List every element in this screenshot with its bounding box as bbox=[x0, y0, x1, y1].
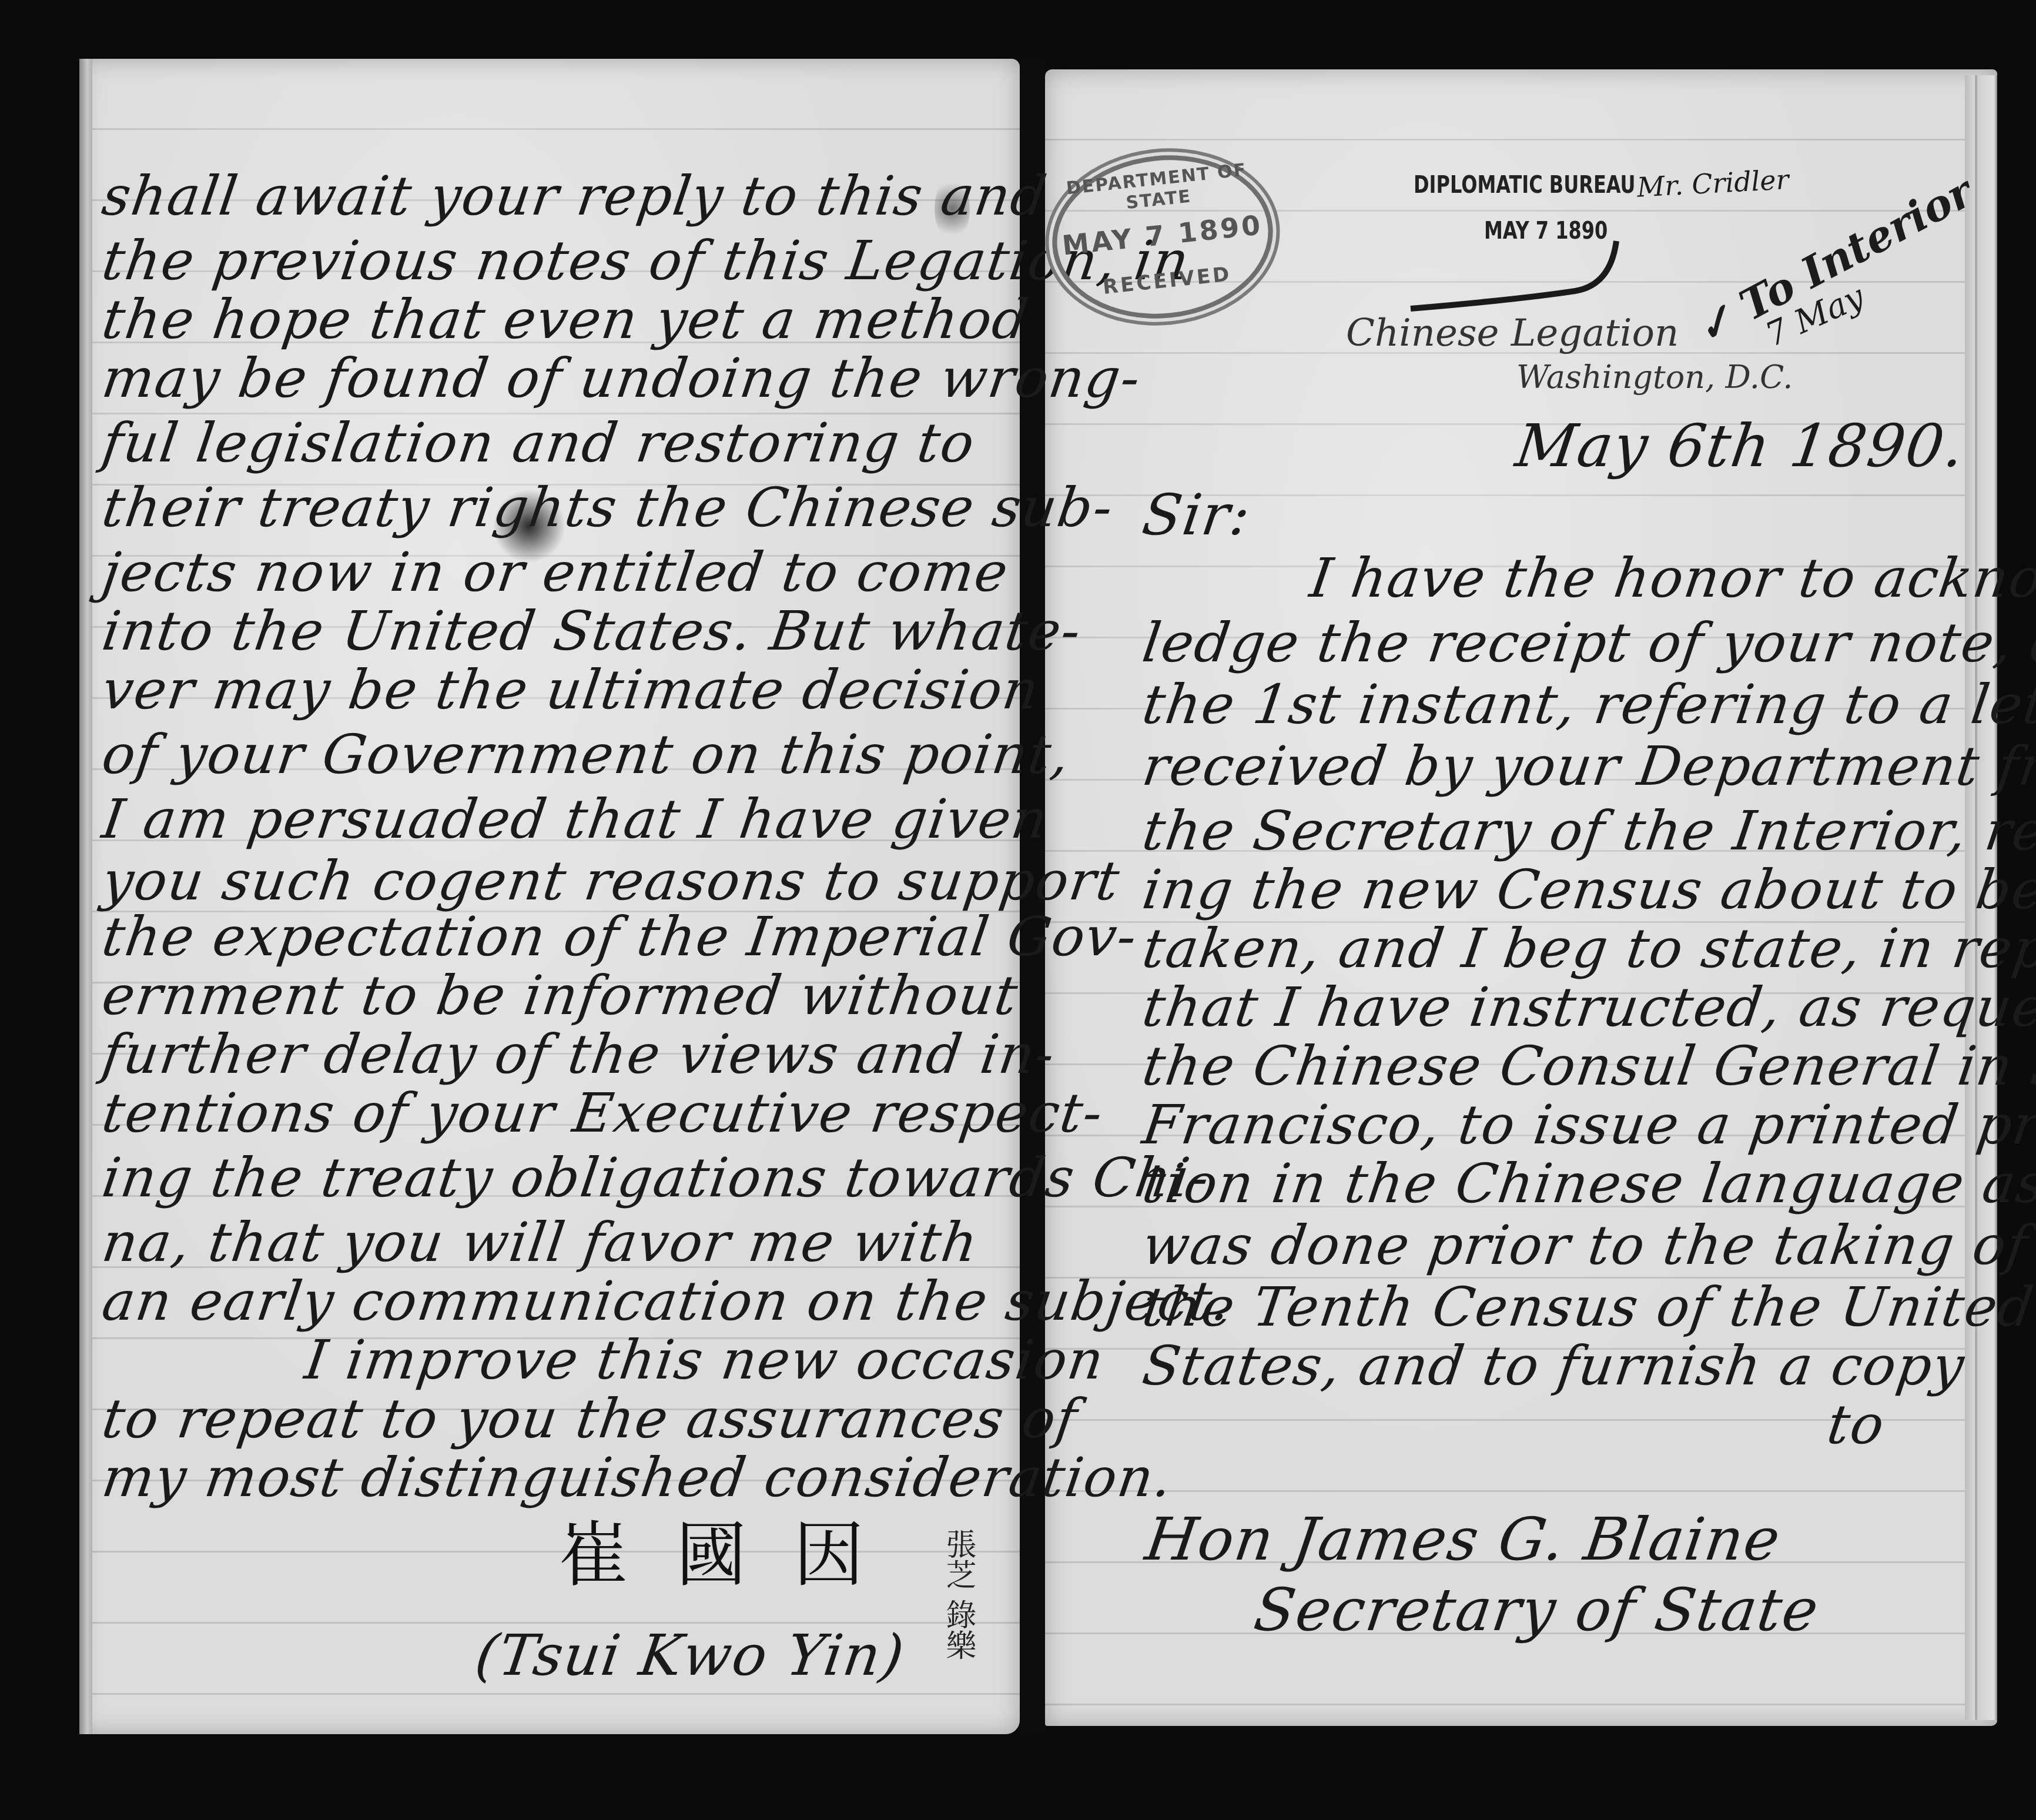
text-line: jects now in or entitled to come bbox=[98, 541, 1012, 604]
text-line: the previous notes of this Legation, in bbox=[98, 229, 1194, 292]
text-line: I am persuaded that I have given bbox=[98, 788, 1052, 851]
letterhead-place: Washington, D.C. bbox=[1516, 359, 1793, 396]
salutation: Sir: bbox=[1138, 482, 1255, 548]
addressee-name: Hon James G. Blaine bbox=[1141, 1505, 1785, 1574]
text-line: to repeat to you the assurances of bbox=[98, 1387, 1081, 1450]
text-line: ver may be the ultimate decision bbox=[98, 658, 1043, 721]
text-line: ing the treaty obligations towards Chi- bbox=[98, 1146, 1214, 1209]
text-line: that I have instructed, as requested, bbox=[1138, 976, 2036, 1039]
addressee-title: Secretary of State bbox=[1250, 1575, 1824, 1644]
text-line: taken, and I beg to state, in reply, bbox=[1138, 917, 2036, 980]
text-line: the Tenth Census of the United bbox=[1138, 1276, 2036, 1339]
text-line: may be found of undoing the wrong- bbox=[98, 347, 1145, 410]
text-line: ing the new Census about to be bbox=[1138, 858, 2036, 921]
text-line: an early communication on the subject. bbox=[98, 1270, 1235, 1333]
text-line: States, and to furnish a copy bbox=[1138, 1334, 1968, 1397]
text-line: I improve this new occasion bbox=[301, 1329, 1109, 1391]
catchword: to bbox=[1823, 1393, 1888, 1456]
text-line: of your Government on this point, bbox=[98, 723, 1074, 786]
stamp-bracket-mark bbox=[1399, 235, 1634, 317]
text-line: the Chinese Consul General in San bbox=[1138, 1035, 2036, 1098]
text-line: was done prior to the taking of bbox=[1138, 1214, 2032, 1277]
chinese-signature: 崔國因 bbox=[558, 1499, 911, 1600]
text-line: you such cogent reasons to support bbox=[98, 849, 1124, 912]
text-line: further delay of the views and in- bbox=[98, 1023, 1059, 1086]
text-line: I have the honor to acknow- bbox=[1306, 547, 2036, 610]
text-line: ledge the receipt of your note, dated bbox=[1138, 611, 2036, 674]
seal-stamp: 張芝 錄樂 bbox=[929, 1528, 976, 1661]
text-line: ernment to be informed without bbox=[98, 964, 1022, 1027]
text-line: the hope that even yet a method bbox=[98, 288, 1033, 351]
romanized-signature: (Tsui Kwo Yin) bbox=[471, 1622, 909, 1688]
text-line: Francisco, to issue a printed proclama- bbox=[1138, 1093, 2036, 1156]
text-line: ful legislation and restoring to bbox=[98, 411, 979, 474]
letterhead-organization: Chinese Legation bbox=[1346, 312, 1679, 355]
text-line: the 1st instant, refering to a letter bbox=[1138, 673, 2036, 736]
text-line: na, that you will favor me with bbox=[98, 1211, 982, 1274]
text-line: received by your Department from bbox=[1138, 735, 2036, 798]
text-line: tentions of your Executive respect- bbox=[98, 1082, 1107, 1145]
text-line: the expectation of the Imperial Gov- bbox=[98, 905, 1141, 968]
text-line: shall await your reply to this and bbox=[98, 165, 1051, 227]
text-line: the Secretary of the Interior, respect- bbox=[1138, 799, 2036, 862]
text-line: their treaty rights the Chinese sub- bbox=[98, 476, 1117, 539]
text-line: into the United States. But whate- bbox=[98, 600, 1085, 663]
diplomatic-bureau-stamp: DIPLOMATIC BUREAU bbox=[1414, 172, 1636, 199]
letter-date: May 6th 1890. bbox=[1512, 411, 1970, 480]
text-line: tion in the Chinese language as bbox=[1138, 1152, 2036, 1215]
